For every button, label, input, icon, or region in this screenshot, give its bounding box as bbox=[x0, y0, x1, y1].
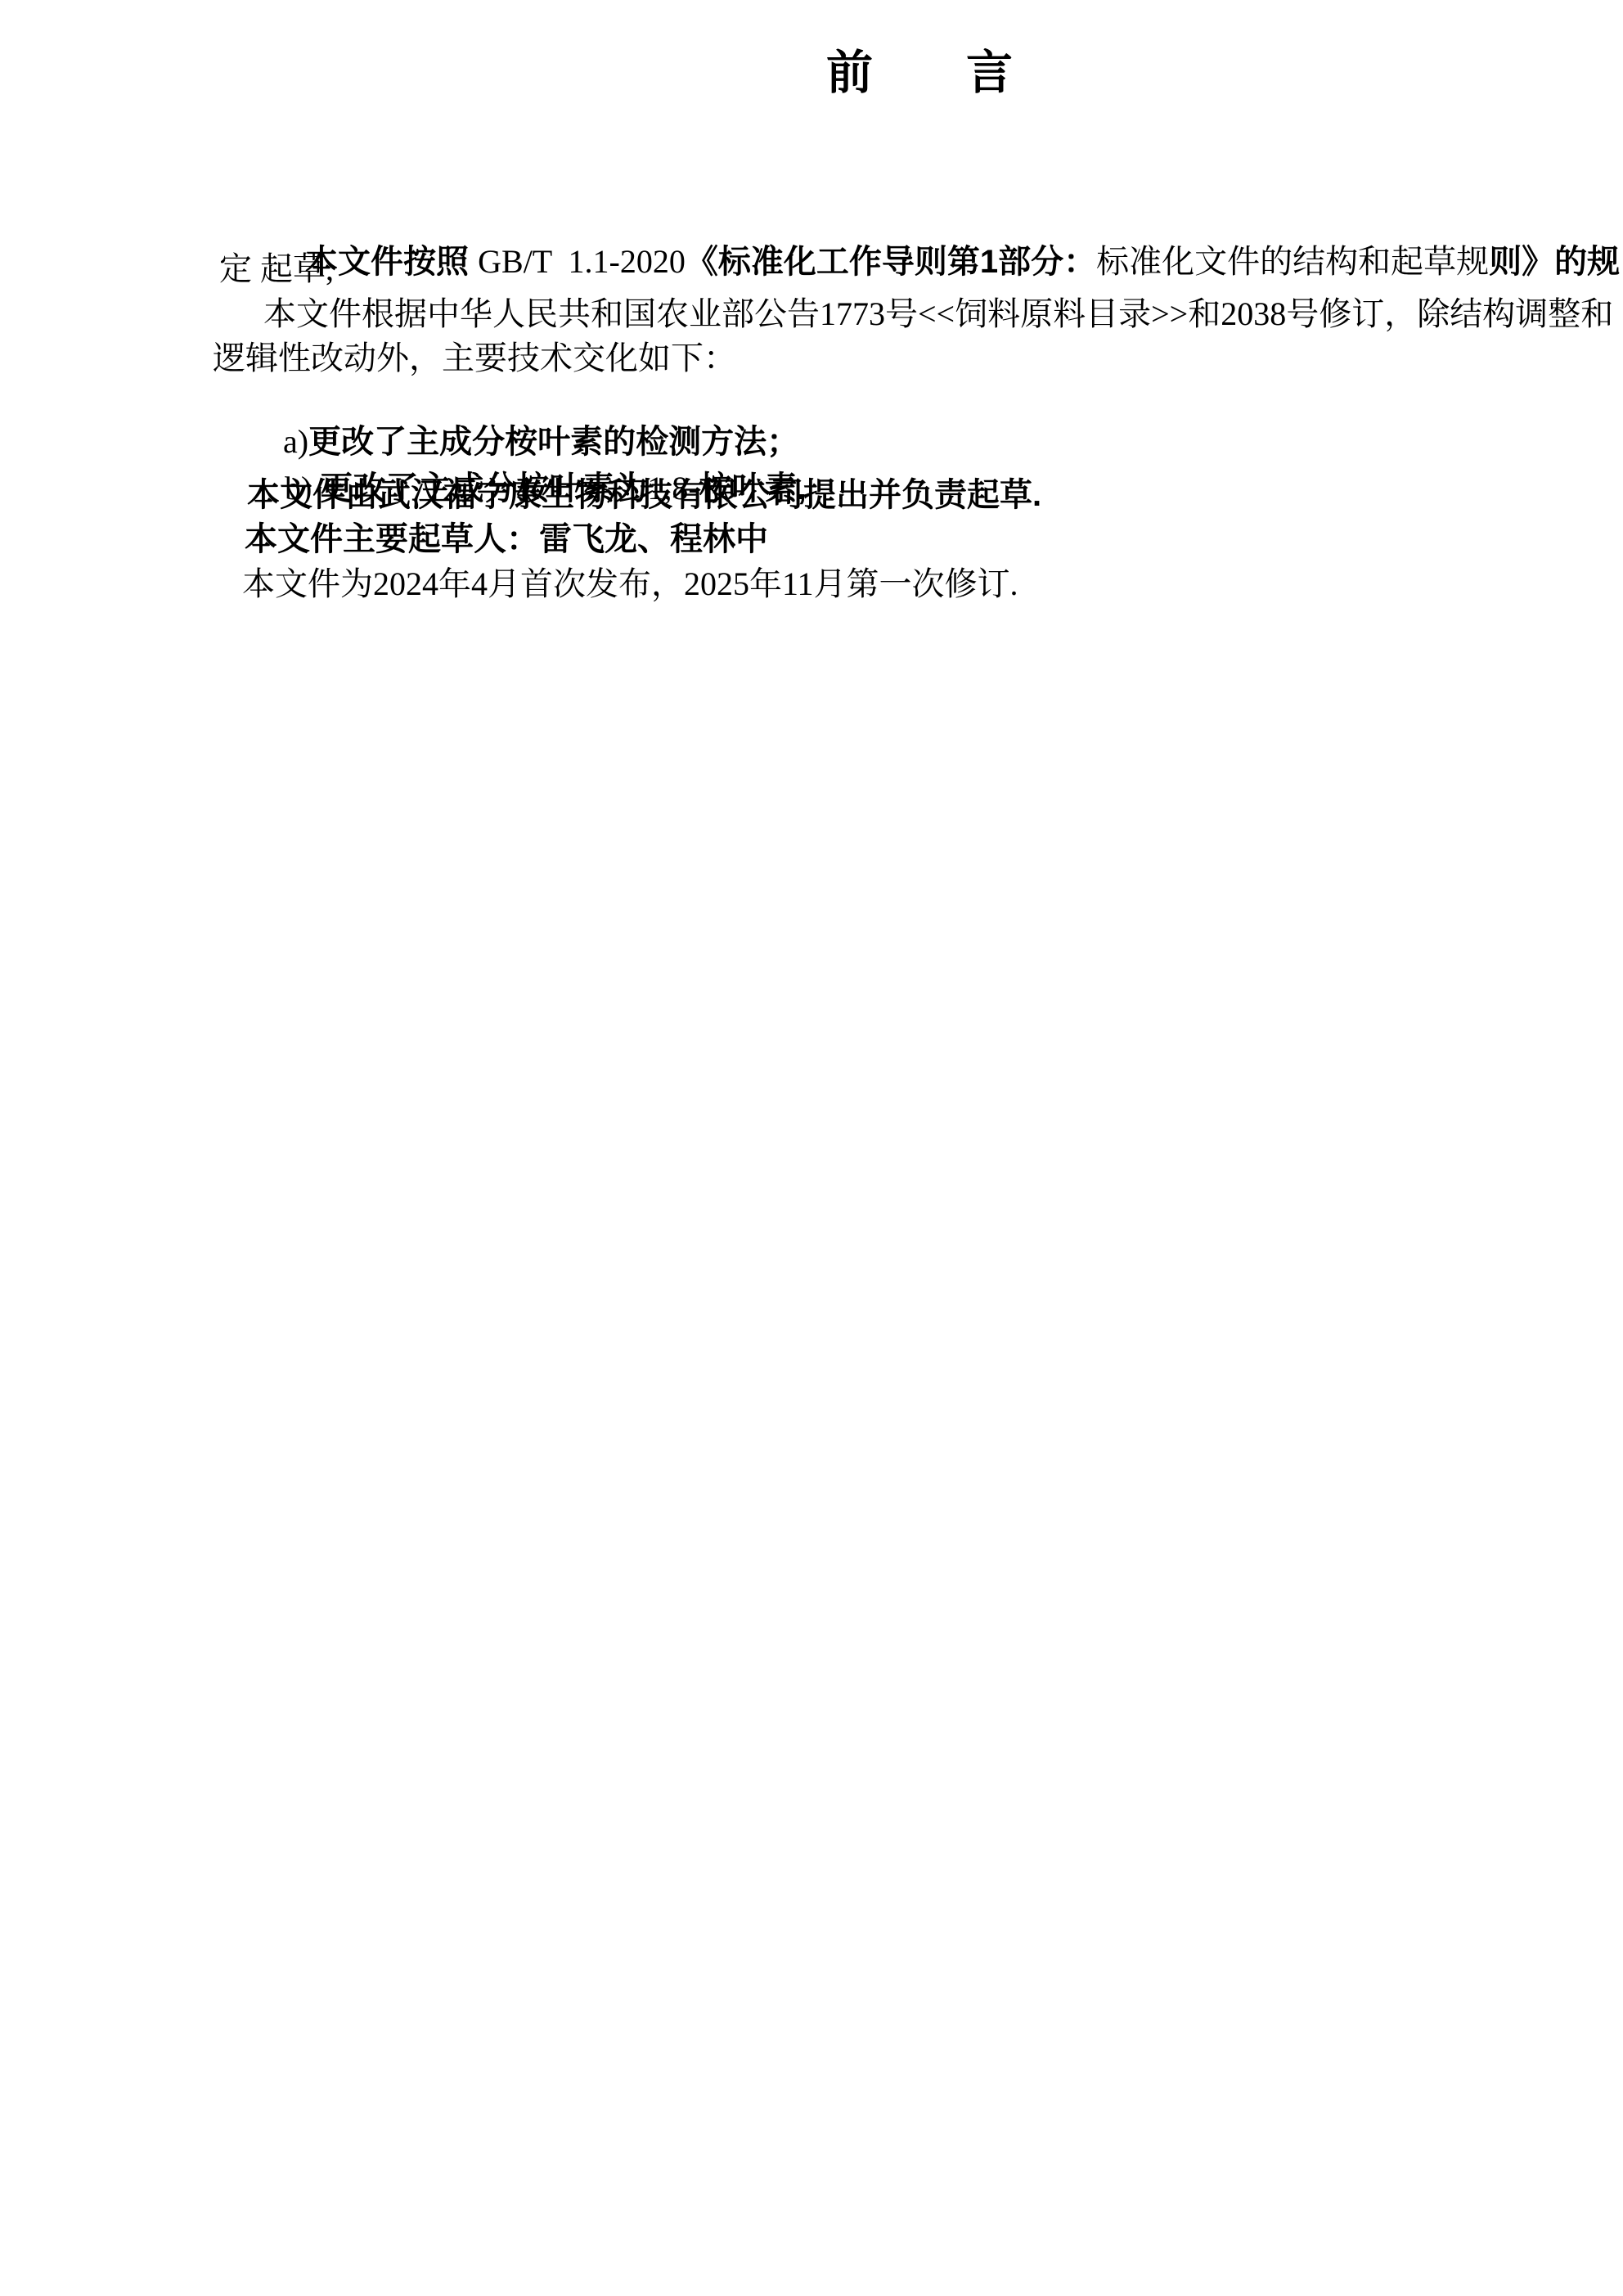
standard-reference: GB/T 1.1-2020 bbox=[478, 243, 686, 280]
paragraph-changes-intro: 逻辑性改动外，主要技术交化如下： bbox=[213, 339, 736, 378]
document-page: 前 言 本文件按照 GB/T 1.1-2020《标准化工作导则第1部分：标准化文… bbox=[0, 0, 1623, 2296]
paragraph-basis-line-2: 定 起草, bbox=[219, 250, 334, 289]
standard-title-part-2: 标准化文件的结构和起草规 bbox=[1096, 243, 1489, 280]
paragraph-drafters: 本文件主要起草人：雷飞龙、程林中 bbox=[245, 520, 768, 559]
paragraph-revision-source: 本文件根据中华人民共和国农业部公告1773号<<饲料原料目录>>和2038号修订… bbox=[263, 295, 1613, 334]
paragraph-publication-history: 本文件为2024年4月首次发布，2025年11月第一次修订. bbox=[242, 565, 1018, 604]
foreword-title: 前 言 bbox=[826, 46, 1013, 100]
paragraph-proposing-company: 本文件由武汉福宁康生物科技有限公司提出并负责起草. bbox=[247, 475, 1041, 515]
standard-title-tail: 则》的规 bbox=[1489, 244, 1620, 280]
standard-title-part-1: 《标准化工作导则第1部分： bbox=[686, 244, 1096, 280]
